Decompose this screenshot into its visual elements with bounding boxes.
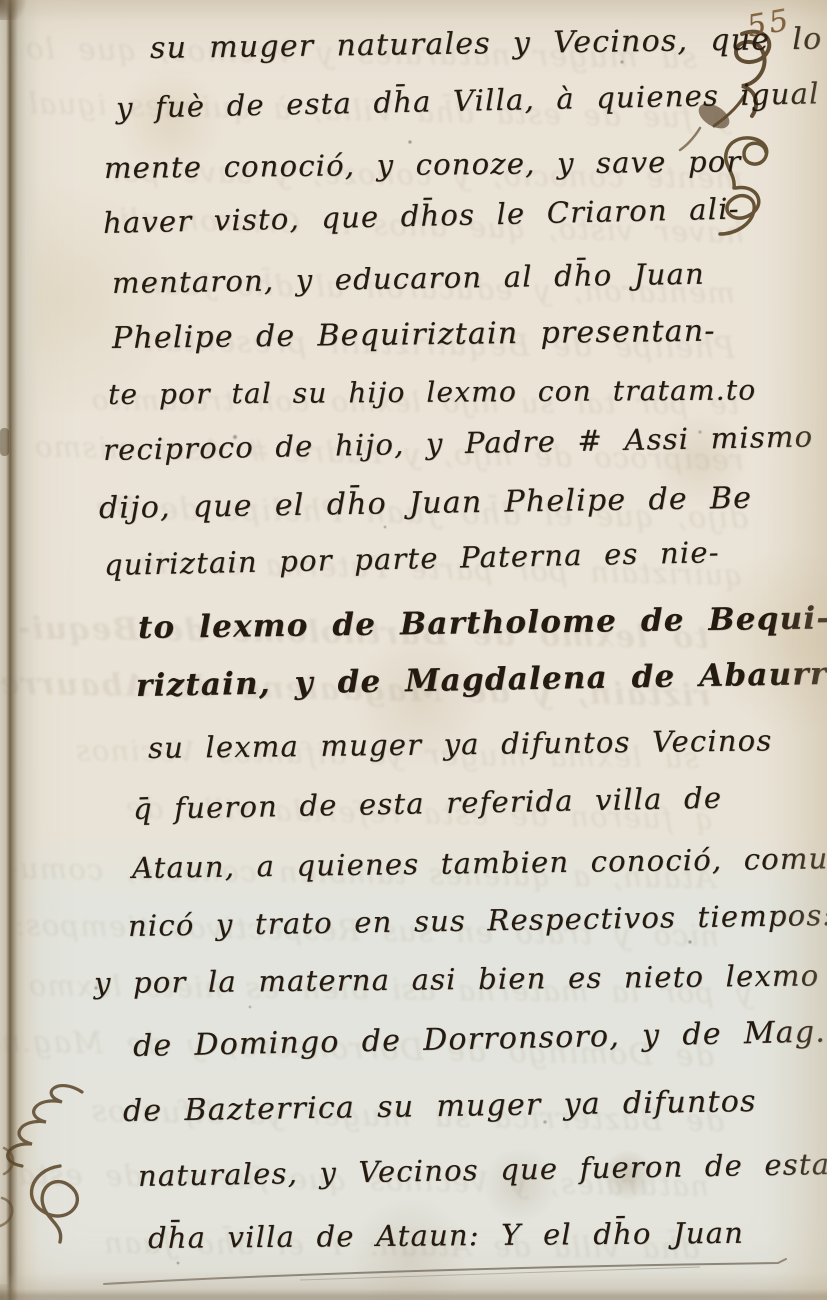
manuscript-line: mentaron, y educaron al dh̄o Juan	[112, 257, 705, 300]
manuscript-line: to lexmo de Bartholome de Bequi-	[138, 600, 827, 646]
manuscript-line: y fuè de esta dh̄a Villa, à quienes igua…	[116, 76, 820, 125]
manuscript-line: de Bazterrica su muger ya difuntos	[123, 1084, 757, 1129]
manuscript-line: su muger naturales y Vecinos, que lo	[150, 22, 823, 66]
manuscript-line: su lexma muger ya difuntos Vecinos	[148, 723, 773, 765]
manuscript-line: te por tal su hijo lexmo con tratam.to	[108, 373, 757, 411]
manuscript-line: de Domingo de Dorronsoro, y de Mag.na	[133, 1014, 827, 1064]
manuscript-line: Phelipe de Bequiriztain presentan-	[112, 314, 716, 356]
manuscript-line: riztain, y de Magdalena de Abaurre	[136, 656, 827, 704]
manuscript-line: nicó y trato en sus Respectivos tiempos:	[128, 898, 827, 943]
manuscript-line: q̄ fueron de esta referida villa de	[133, 781, 723, 826]
manuscript-line: dh̄a villa de Ataun: Y el dh̄o Juan	[148, 1216, 744, 1255]
manuscript-line: Ataun, a quienes tambien conoció, comu-	[132, 841, 827, 885]
manuscript-line: haver visto, que dh̄os le Criaron ali-	[103, 192, 740, 240]
manuscript-line: y por la materna asi bien es nieto lexmo	[94, 958, 820, 1000]
manuscript-page: su muger naturales y Vecinos, que loy fu…	[0, 0, 827, 1300]
manuscript-line: quiriztain por parte Paterna es nie-	[104, 535, 720, 582]
manuscript-line: dijo, que el dh̄o Juan Phelipe de Be	[99, 481, 753, 526]
manuscript-line: reciproco de hijo, y Padre # Assi mismo	[103, 419, 814, 467]
manuscript-line: naturales, y Vecinos que fueron de esta	[138, 1147, 827, 1193]
manuscript-text: su muger naturales y Vecinos, que loy fu…	[0, 0, 827, 1300]
manuscript-line: mente conoció, y conoze, y save por	[104, 144, 742, 185]
